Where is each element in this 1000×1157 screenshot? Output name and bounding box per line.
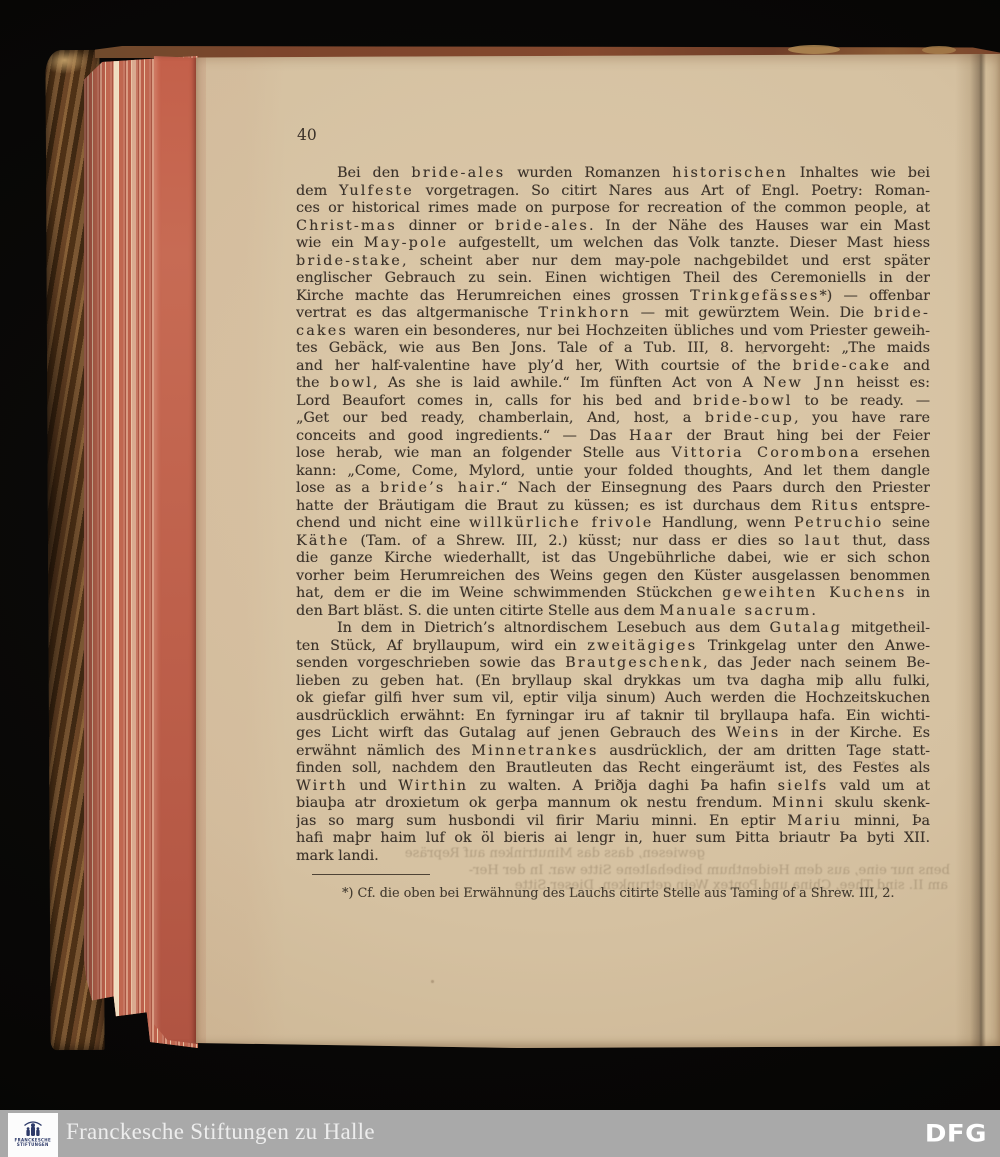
- footer-bar: FRANCKESCHE STIFTUNGEN Franckesche Stift…: [0, 1110, 1000, 1157]
- text-line: and her half-valentine have ply’d her, W…: [296, 358, 930, 376]
- text-line: conceits and good ingredients.“ — Das Ha…: [296, 428, 930, 446]
- text-line: Kirche machte das Herumreichen eines gro…: [296, 288, 930, 306]
- institution-title: Franckesche Stiftungen zu Halle: [66, 1119, 375, 1145]
- text-line: lieben zu geben hat. (En bryllaup skal d…: [296, 673, 930, 691]
- bleedthrough-text: gewiesen, dass das Minutrinken auf Reprä…: [405, 846, 705, 861]
- footnote: *) Cf. die oben bei Erwähnung des Lauchs…: [296, 886, 930, 902]
- text-line: In dem in Dietrich’s altnordischem Leseb…: [296, 620, 930, 638]
- text-line: Bei den bride-ales wurden Romanzen histo…: [296, 165, 930, 183]
- text-line: jas so marg sum husbondi vil firir Mariu…: [296, 813, 930, 831]
- text-line: biauþa atr droxietum ok gerþa mannum ok …: [296, 795, 930, 813]
- text-line: chend und nicht eine willkürliche frivol…: [296, 515, 930, 533]
- paper-speckles: [0, 0, 1, 1]
- page-text: Bei den bride-ales wurden Romanzen histo…: [296, 165, 930, 865]
- text-line: lose as a bride’s hair.“ Nach der Einseg…: [296, 480, 930, 498]
- text-line: „Get our bed ready, chamberlain, And, ho…: [296, 410, 930, 428]
- text-line: Lord Beaufort comes in, calls for his be…: [296, 393, 930, 411]
- text-line: ten Stück, Af bryllaupum, wird ein zweit…: [296, 638, 930, 656]
- text-line: wie ein May-pole aufgestellt, um welchen…: [296, 235, 930, 253]
- text-line: vertrat es das altgermanische Trinkhorn …: [296, 305, 930, 323]
- book-top-edge-wear: [922, 46, 956, 54]
- text-line: die ganze Kirche wiederhallt, ist das Un…: [296, 550, 930, 568]
- logo-wordmark: FRANCKESCHE STIFTUNGEN: [15, 1139, 51, 1148]
- text-line: ausdrücklich erwähnt: En fyrningar iru a…: [296, 708, 930, 726]
- text-line: vorher beim Herumreichen des Weins gegen…: [296, 568, 930, 586]
- text-line: den Bart bläst. S. die unten citirte Ste…: [296, 603, 930, 621]
- text-line: Christ-mas dinner or bride-ales. In der …: [296, 218, 930, 236]
- franckesche-stiftungen-logo: FRANCKESCHE STIFTUNGEN: [8, 1113, 58, 1157]
- text-line: dem Yulfeste vorgetragen. So citirt Nare…: [296, 183, 930, 201]
- text-line: cakes waren ein besonderes, nur bei Hoch…: [296, 323, 930, 341]
- text-line: englischer Gebrauch zu sein. Einen wicht…: [296, 270, 930, 288]
- text-line: hafi maþr haim luf ok öl bieris ai lengr…: [296, 830, 930, 848]
- dfg-logo: DFG: [925, 1120, 987, 1148]
- text-line: tes Gebäck, wie aus Ben Jons. Tale of a …: [296, 340, 930, 358]
- francke-monument-icon: [21, 1119, 45, 1138]
- text-line: erwähnt nämlich des Minnetrankes ausdrüc…: [296, 743, 930, 761]
- footnote-rule: [312, 874, 430, 875]
- text-line: kann: „Come, Come, Mylord, untie your fo…: [296, 463, 930, 481]
- book-top-edge-wear: [788, 45, 840, 54]
- text-line: senden vorgeschrieben sowie das Brautges…: [296, 655, 930, 673]
- text-line: ces or historical rimes made on purpose …: [296, 200, 930, 218]
- text-line: Käthe (Tam. of a Shrew. III, 2.) küsst; …: [296, 533, 930, 551]
- text-line: Wirth und Wirthin zu walten. A Þriðja da…: [296, 778, 930, 796]
- text-line: ges Licht wirft das Gutalag auf jenen Ge…: [296, 725, 930, 743]
- bleedthrough-text: bens nur eine, aus dem Heidenthum beibeh…: [330, 863, 950, 878]
- text-line: hat, dem er die im Weine schwimmenden St…: [296, 585, 930, 603]
- text-line: ok giefar gilfi hver sum vil, eptir vilj…: [296, 690, 930, 708]
- page-number: 40: [297, 126, 317, 144]
- text-line: bride-stake, scheint aber nur dem may-po…: [296, 253, 930, 271]
- red-page-edge: [154, 56, 198, 1044]
- text-line: finden soll, nachdem den Brautleuten das…: [296, 760, 930, 778]
- text-line: hatte der Bräutigam die Braut zu küssen;…: [296, 498, 930, 516]
- text-line: the bowl, As she is laid awhile.“ Im fün…: [296, 375, 930, 393]
- text-line: lose herab, wie man an folgender Stelle …: [296, 445, 930, 463]
- scan-viewer: 40 Bei den bride-ales wurden Romanzen hi…: [0, 0, 1000, 1157]
- logo-line-2: STIFTUNGEN: [15, 1144, 51, 1148]
